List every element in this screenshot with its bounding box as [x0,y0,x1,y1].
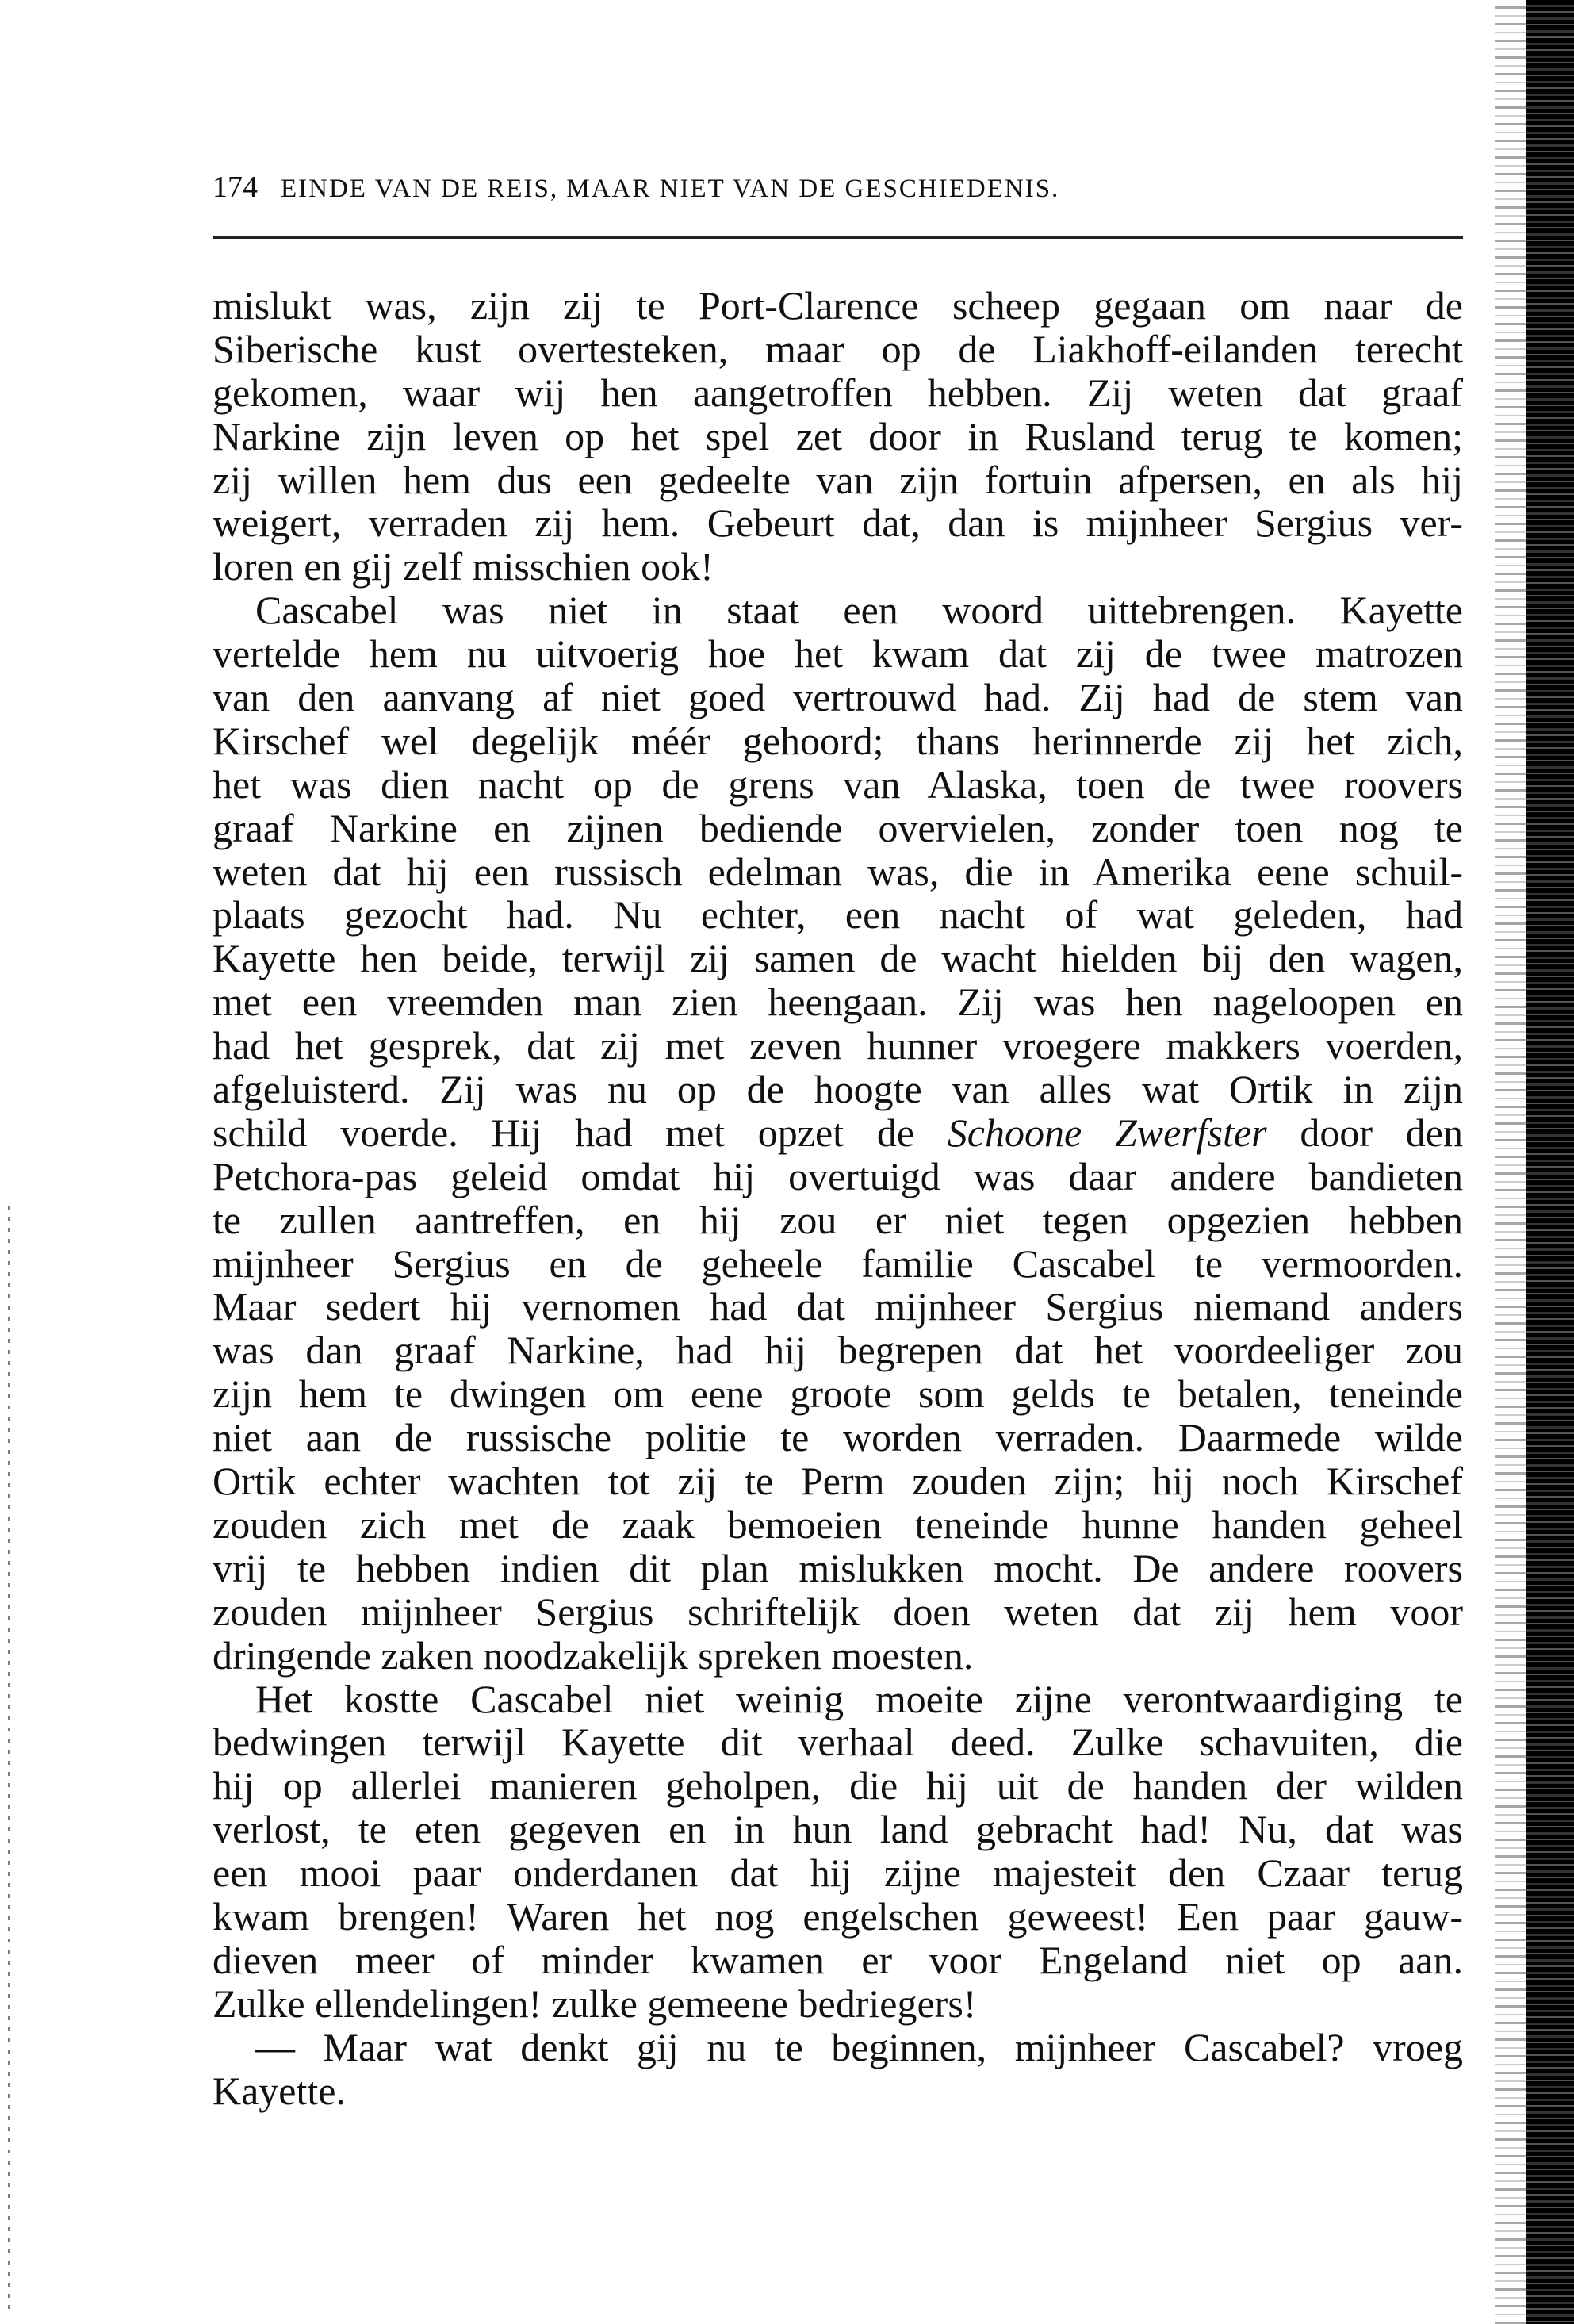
text-line: was dan graaf Narkine, had hij begrepen … [213,1329,1463,1372]
text-line: Siberische kust overtesteken, maar op de… [213,328,1463,371]
text-line: Kirschef wel degelijk méér gehoord; than… [213,719,1463,763]
text-line: Petchora-pas geleid omdat hij overtuigd … [213,1155,1463,1198]
text-line: vertelde hem nu uitvoerig hoe het kwam d… [213,632,1463,676]
text-line: Cascabel was niet in staat een woord uit… [213,589,1463,632]
text-line: van den aanvang af niet goed vertrouwd h… [213,676,1463,719]
text-line: had het gesprek, dat zij met zeven hunne… [213,1024,1463,1068]
text-line: afgeluisterd. Zij was nu op de hoogte va… [213,1068,1463,1111]
text-line: Maar sedert hij vernomen had dat mijnhee… [213,1285,1463,1329]
text-line: een mooi paar onderdanen dat hij zijne m… [213,1851,1463,1895]
text-line: mislukt was, zijn zij te Port-Clarence s… [213,284,1463,328]
text-line: het was dien nacht op de grens van Alask… [213,763,1463,807]
text-line: weigert, verraden zij hem. Gebeurt dat, … [213,501,1463,545]
text-line: hij op allerlei manieren geholpen, die h… [213,1764,1463,1808]
text-line: bedwingen terwijl Kayette dit verhaal de… [213,1720,1463,1764]
header-rule [213,236,1463,239]
page-number: 174 [213,170,281,205]
italic-title: Schoone Zwerfster [948,1110,1267,1155]
text-line: graaf Narkine en zijnen bediende overvie… [213,807,1463,850]
text-line: Kayette hen beide, terwijl zij samen de … [213,937,1463,980]
text-line: Narkine zijn leven op het spel zet door … [213,415,1463,458]
text-line: niet aan de russische politie te worden … [213,1416,1463,1459]
body-text: mislukt was, zijn zij te Port-Clarence s… [213,284,1463,2112]
text-line: mijnheer Sergius en de geheele familie C… [213,1242,1463,1286]
book-page: 174EINDE VAN DE REIS, MAAR NIET VAN DE G… [0,0,1574,2324]
running-title: EINDE VAN DE REIS, MAAR NIET VAN DE GESC… [281,174,1059,203]
text-line: te zullen aantreffen, en hij zou er niet… [213,1198,1463,1242]
text-line: zouden mijnheer Sergius schriftelijk doe… [213,1590,1463,1634]
scan-edge [1526,0,1574,2324]
text-line: verlost, te eten gegeven en in hun land … [213,1808,1463,1851]
text-line: Kayette. [213,2069,1463,2113]
text-line: met een vreemden man zien heengaan. Zij … [213,980,1463,1024]
text-line: loren en gij zelf misschien ook! [213,545,1463,589]
text-line: weten dat hij een russisch edelman was, … [213,850,1463,894]
text-line: zijn hem te dwingen om eene groote som g… [213,1372,1463,1416]
text-line: plaats gezocht had. Nu echter, een nacht… [213,893,1463,937]
text-segment: schild voerde. Hij had met opzet de [213,1110,948,1155]
text-line: Zulke ellendelingen! zulke gemeene bedri… [213,1982,1463,2026]
text-line: Het kostte Cascabel niet weinig moeite z… [213,1678,1463,1721]
text-line: dringende zaken noodzakelijk spreken moe… [213,1634,1463,1678]
text-line: Ortik echter wachten tot zij te Perm zou… [213,1459,1463,1503]
text-line: schild voerde. Hij had met opzet de Scho… [213,1111,1463,1155]
text-segment: door den [1267,1110,1463,1155]
text-line: vrij te hebben indien dit plan mislukken… [213,1547,1463,1590]
text-line: zij willen hem dus een gedeelte van zijn… [213,458,1463,502]
running-header: 174EINDE VAN DE REIS, MAAR NIET VAN DE G… [213,170,1463,209]
text-line: kwam brengen! Waren het nog engelschen g… [213,1895,1463,1939]
text-line: zouden zich met de zaak bemoeien teneind… [213,1503,1463,1547]
text-line: — Maar wat denkt gij nu te beginnen, mij… [213,2026,1463,2069]
text-line: gekomen, waar wij hen aangetroffen hebbe… [213,371,1463,415]
scan-left-margin-artifact [8,1206,10,2316]
text-line: dieven meer of minder kwamen er voor Eng… [213,1939,1463,1982]
